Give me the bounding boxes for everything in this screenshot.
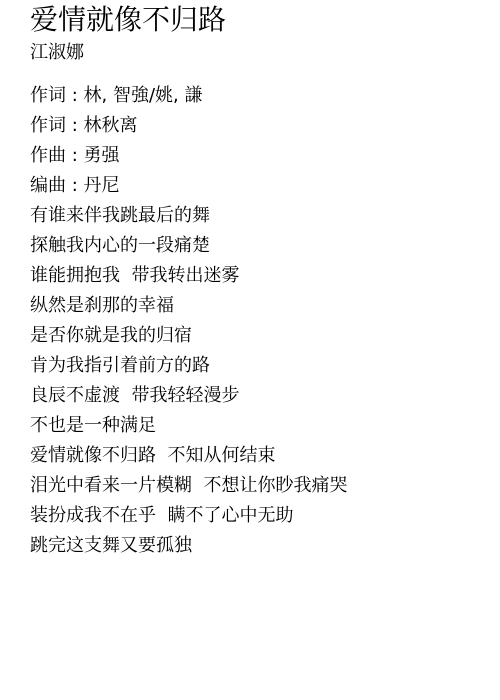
- lyric-line: 跳完这支舞又要孤独: [30, 531, 500, 561]
- lyric-line: 良辰不虚渡 带我轻轻漫步: [30, 381, 500, 411]
- lyric-line: 肯为我指引着前方的路: [30, 351, 500, 381]
- credit-lyricist-2: 作词 : 林秋离: [30, 111, 500, 141]
- lyric-line: 不也是一种满足: [30, 411, 500, 441]
- credit-composer: 作曲 : 勇强: [30, 141, 500, 171]
- lyrics-body: 作词 : 林, 智強/姚, 謙 作词 : 林秋离 作曲 : 勇强 编曲 : 丹尼…: [30, 81, 500, 561]
- credit-arranger: 编曲 : 丹尼: [30, 171, 500, 201]
- lyric-line: 是否你就是我的归宿: [30, 321, 500, 351]
- lyric-line: 探触我内心的一段痛楚: [30, 231, 500, 261]
- lyric-line: 纵然是刹那的幸福: [30, 291, 500, 321]
- lyric-line: 谁能拥抱我 带我转出迷雾: [30, 261, 500, 291]
- lyric-line: 装扮成我不在乎 瞒不了心中无助: [30, 501, 500, 531]
- artist-name: 江淑娜: [30, 40, 500, 66]
- credit-lyricist-1: 作词 : 林, 智強/姚, 謙: [30, 81, 500, 111]
- lyrics-page: 爱情就像不归路 江淑娜 作词 : 林, 智強/姚, 謙 作词 : 林秋离 作曲 …: [30, 0, 500, 561]
- song-title: 爱情就像不归路: [30, 0, 500, 39]
- lyric-line: 爱情就像不归路 不知从何结束: [30, 441, 500, 471]
- lyric-line: 有谁来伴我跳最后的舞: [30, 201, 500, 231]
- lyric-line: 泪光中看来一片模糊 不想让你眇我痛哭: [30, 471, 500, 501]
